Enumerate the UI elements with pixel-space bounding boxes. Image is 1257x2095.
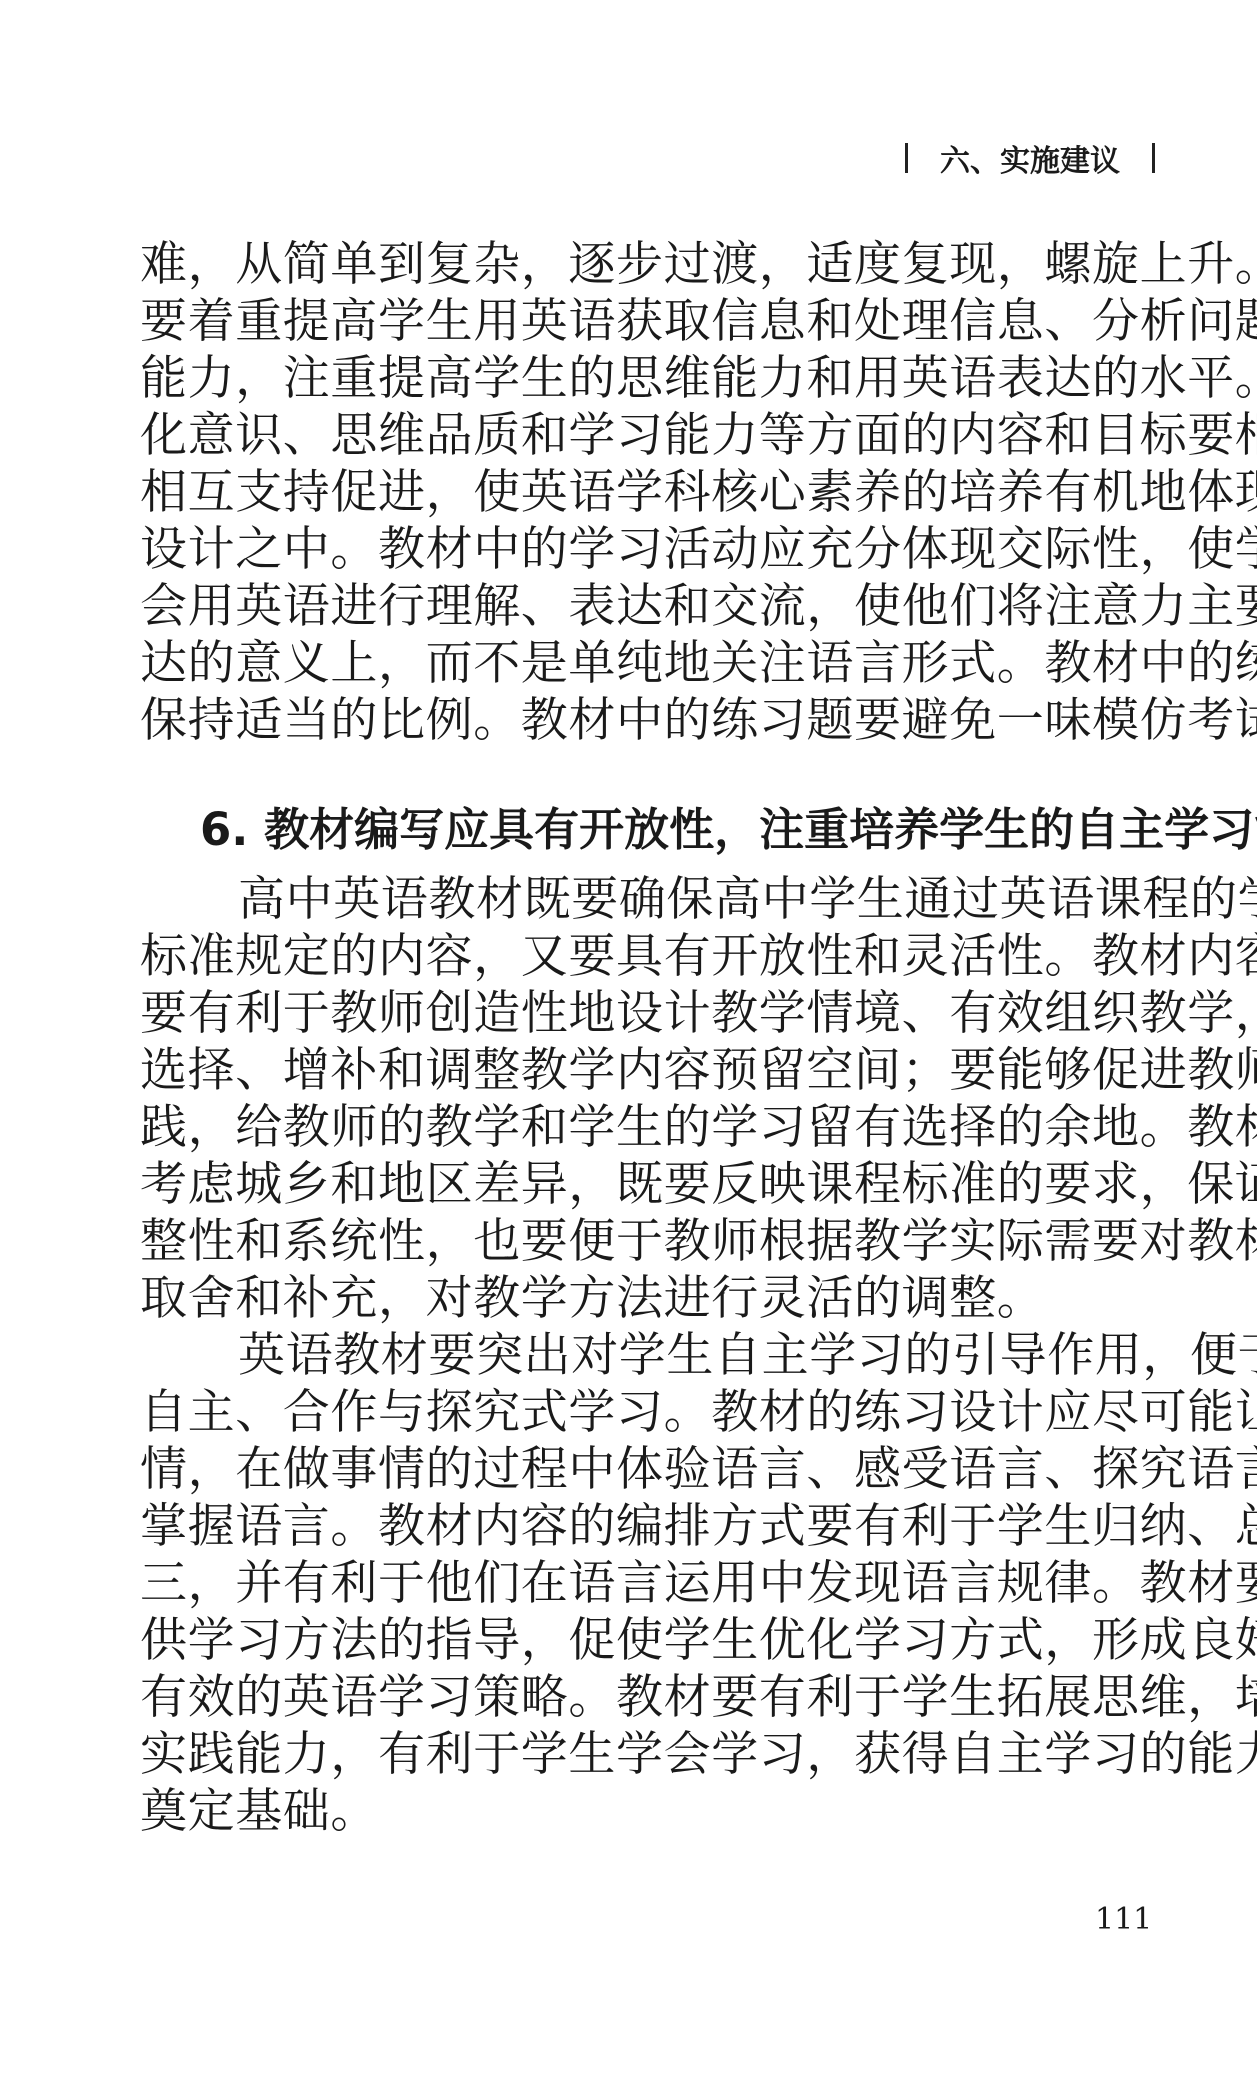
text-line: 选择、增补和调整教学内容预留空间；要能够促进教师改进教学实: [140, 1042, 1140, 1099]
text-line: 践，给教师的教学和学生的学习留有选择的余地。教材的编写应注意: [140, 1099, 1140, 1156]
text-line: 标准规定的内容，又要具有开放性和灵活性。教材内容的选择和编排: [140, 928, 1140, 985]
text-line: 相互支持促进，使英语学科核心素养的培养有机地体现在学习活动的: [140, 464, 1140, 521]
text-line: 自主、合作与探究式学习。教材的练习设计应尽可能让学生去做事: [140, 1384, 1140, 1441]
text-line: 会用英语进行理解、表达和交流，使他们将注意力主要集中在语言表: [140, 578, 1140, 635]
text-line: 掌握语言。教材内容的编排方式要有利于学生归纳、总结、举一反: [140, 1498, 1140, 1555]
text-line: 要着重提高学生用英语获取信息和处理信息、分析问题和解决问题的: [140, 293, 1140, 350]
text-line: 难，从简单到复杂，逐步过渡，适度复现，螺旋上升。高中英语教材: [140, 236, 1140, 293]
text-line: 达的意义上，而不是单纯地关注语言形式。教材中的练习题和任务要: [140, 635, 1140, 692]
text-line: 化意识、思维品质和学习能力等方面的内容和目标要相互融合渗透、: [140, 407, 1140, 464]
header-divider-right: [1152, 143, 1155, 173]
text-line: 实践能力，有利于学生学会学习，获得自主学习的能力，为终身学习: [140, 1726, 1140, 1783]
header-divider-left: [905, 143, 908, 173]
text-line: 有效的英语学习策略。教材要有利于学生拓展思维，培养创新精神和: [140, 1669, 1140, 1726]
page-number: 111: [1095, 1902, 1152, 1937]
paragraph-openness: 高中英语教材既要确保高中学生通过英语课程的学习掌握本课程 标准规定的内容，又要具…: [140, 871, 1140, 1840]
text-line: 高中英语教材既要确保高中学生通过英语课程的学习掌握本课程: [140, 871, 1140, 928]
text-line: 奠定基础。: [140, 1783, 1140, 1840]
text-line: 考虑城乡和地区差异，既要反映课程标准的要求，保证基本内容的完: [140, 1156, 1140, 1213]
paragraph-continued: 难，从简单到复杂，逐步过渡，适度复现，螺旋上升。高中英语教材 要着重提高学生用英…: [140, 236, 1140, 749]
text-line: 供学习方法的指导，促使学生优化学习方式，形成良好的学习习惯和: [140, 1612, 1140, 1669]
running-header: 六、实施建议: [905, 138, 1155, 178]
text-line: 设计之中。教材中的学习活动应充分体现交际性，使学生有充足的机: [140, 521, 1140, 578]
text-line: 情，在做事情的过程中体验语言、感受语言、探究语言，从而学习和: [140, 1441, 1140, 1498]
section-heading: 6. 教材编写应具有开放性，注重培养学生的自主学习能力: [200, 800, 1257, 860]
text-line: 保持适当的比例。教材中的练习题要避免一味模仿考试题型来设计。: [140, 692, 1140, 749]
text-line: 英语教材要突出对学生自主学习的引导作用，便于指导学生开展: [140, 1327, 1140, 1384]
text-line: 整性和系统性，也要便于教师根据教学实际需要对教材内容作适当的: [140, 1213, 1140, 1270]
text-line: 取舍和补充，对教学方法进行灵活的调整。: [140, 1270, 1140, 1327]
running-header-title: 六、实施建议: [940, 136, 1120, 180]
text-line: 要有利于教师创造性地设计教学情境、有效组织教学，要为教师自主: [140, 985, 1140, 1042]
text-line: 能力，注重提高学生的思维能力和用英语表达的水平。语言能力、文: [140, 350, 1140, 407]
text-line: 三，并有利于他们在语言运用中发现语言规律。教材要注重为学生提: [140, 1555, 1140, 1612]
